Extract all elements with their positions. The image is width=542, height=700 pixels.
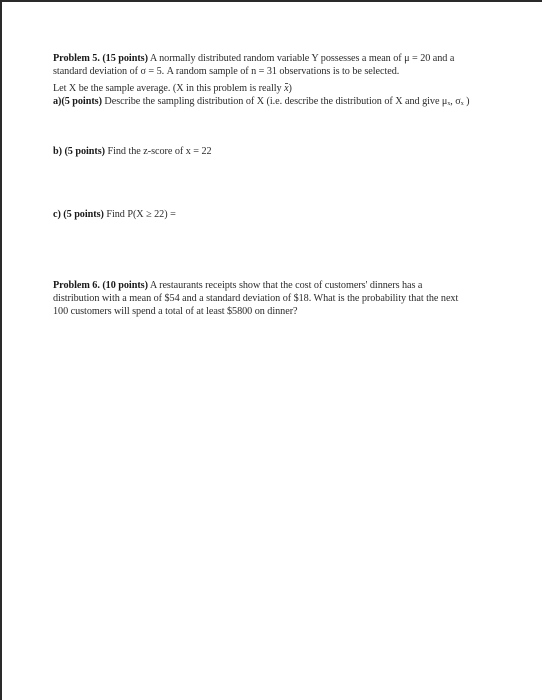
note-suffix: ) [289,83,292,94]
problem6-line3: 100 customers will spend a total of at l… [53,305,298,318]
problem5-note: Let X be the sample average. (X in this … [53,82,292,95]
problem6-heading: Problem 6. (10 points) [53,280,148,291]
document-page: Problem 5. (15 points) A normally distri… [0,0,542,700]
problem5-heading: Problem 5. (15 points) [53,53,148,64]
part-a-end: ) [464,96,470,107]
part-a-label: a)(5 points) [53,96,102,107]
problem5-part-c: c) (5 points) Find P(X ≥ 22) = [53,208,176,221]
problem5-intro-1: A normally distributed random variable Y… [148,53,454,64]
problem6-text-1: A restaurants receipts show that the cos… [148,280,422,291]
note-prefix: Let X be the sample average. (X in this … [53,83,284,94]
problem5-line2: standard deviation of σ = 5. A random sa… [53,65,399,78]
problem5-part-a: a)(5 points) Describe the sampling distr… [53,95,470,111]
part-c-label: c) (5 points) [53,209,104,220]
part-c-text: Find P(X ≥ 22) = [104,209,176,220]
problem6-line2: distribution with a mean of $54 and a st… [53,292,458,305]
problem6-line1: Problem 6. (10 points) A restaurants rec… [53,279,422,292]
problem5-part-b: b) (5 points) Find the z-score of x = 22 [53,145,212,158]
problem5-line1: Problem 5. (15 points) A normally distri… [53,52,454,65]
part-b-label: b) (5 points) [53,146,105,157]
part-b-text: Find the z-score of x = 22 [105,146,212,157]
x-bar-symbol: x [284,83,288,94]
part-a-text: Describe the sampling distribution of X … [102,96,447,107]
part-a-mid: , σ [450,96,460,107]
